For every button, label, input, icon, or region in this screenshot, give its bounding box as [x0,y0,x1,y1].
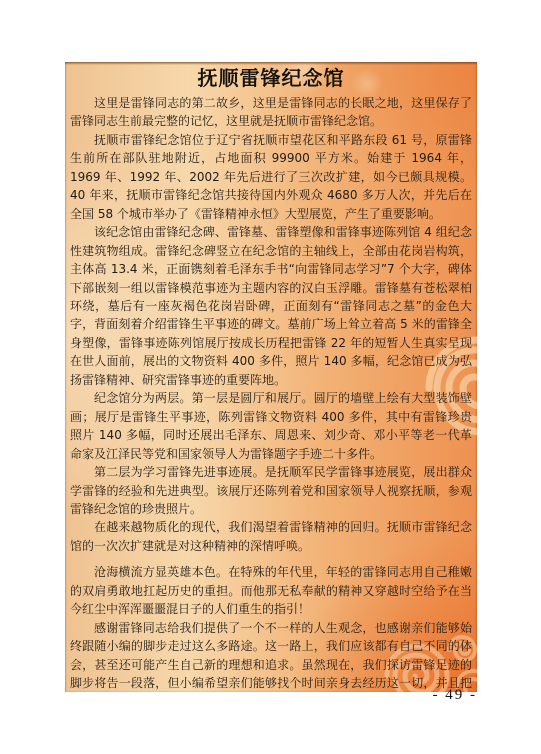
scanned-page-canvas: { "doc": { "title": "抚顺雷锋纪念馆", "paragrap… [0,0,541,754]
paragraph-spirit-return: 在越来越物质化的现代，我们渴望着雷锋精神的回归。抚顺市雷锋纪念馆的一次次扩建就是… [70,518,472,555]
page-number: - 49 - [377,687,477,704]
paragraph-intro: 这里是雷锋同志的第二故乡，这里是雷锋同志的长眠之地，这里保存了雷锋同志生前最完整… [70,94,472,131]
paragraph-monument-description: 该纪念馆由雷锋纪念碑、雷锋墓、雷锋塑像和雷锋事迹陈列馆 4 组纪念性建筑物组成。… [70,223,472,389]
paragraph-editor-thanks: 感谢雷锋同志给我们提供了一个不一样的人生观念，也感谢亲们能够始终跟随小编的脚步走… [70,619,472,692]
paragraph-second-floor: 第二层为学习雷锋先进事迹展。是抚顺军民学雷锋事迹展览，展出群众学雷锋的经验和先进… [70,463,472,518]
document-page: 抚顺雷锋纪念馆 这里是雷锋同志的第二故乡，这里是雷锋同志的长眠之地，这里保存了雷… [65,62,477,692]
page-title: 抚顺雷锋纪念馆 [70,65,472,91]
paragraph-first-floor: 纪念馆分为两层。第一层是圆厅和展厅。圆厅的墙壁上绘有大型装饰壁画；展厅是雷锋生平… [70,389,472,463]
paragraph-location-history: 抚顺市雷锋纪念馆位于辽宁省抚顺市望花区和平路东段 61 号，原雷锋生前所在部队驻… [70,131,472,223]
paragraph-hero-comment: 沧海横流方显英雄本色。在特殊的年代里，年轻的雷锋同志用自己稚嫩的双肩勇敢地扛起历… [70,563,472,618]
